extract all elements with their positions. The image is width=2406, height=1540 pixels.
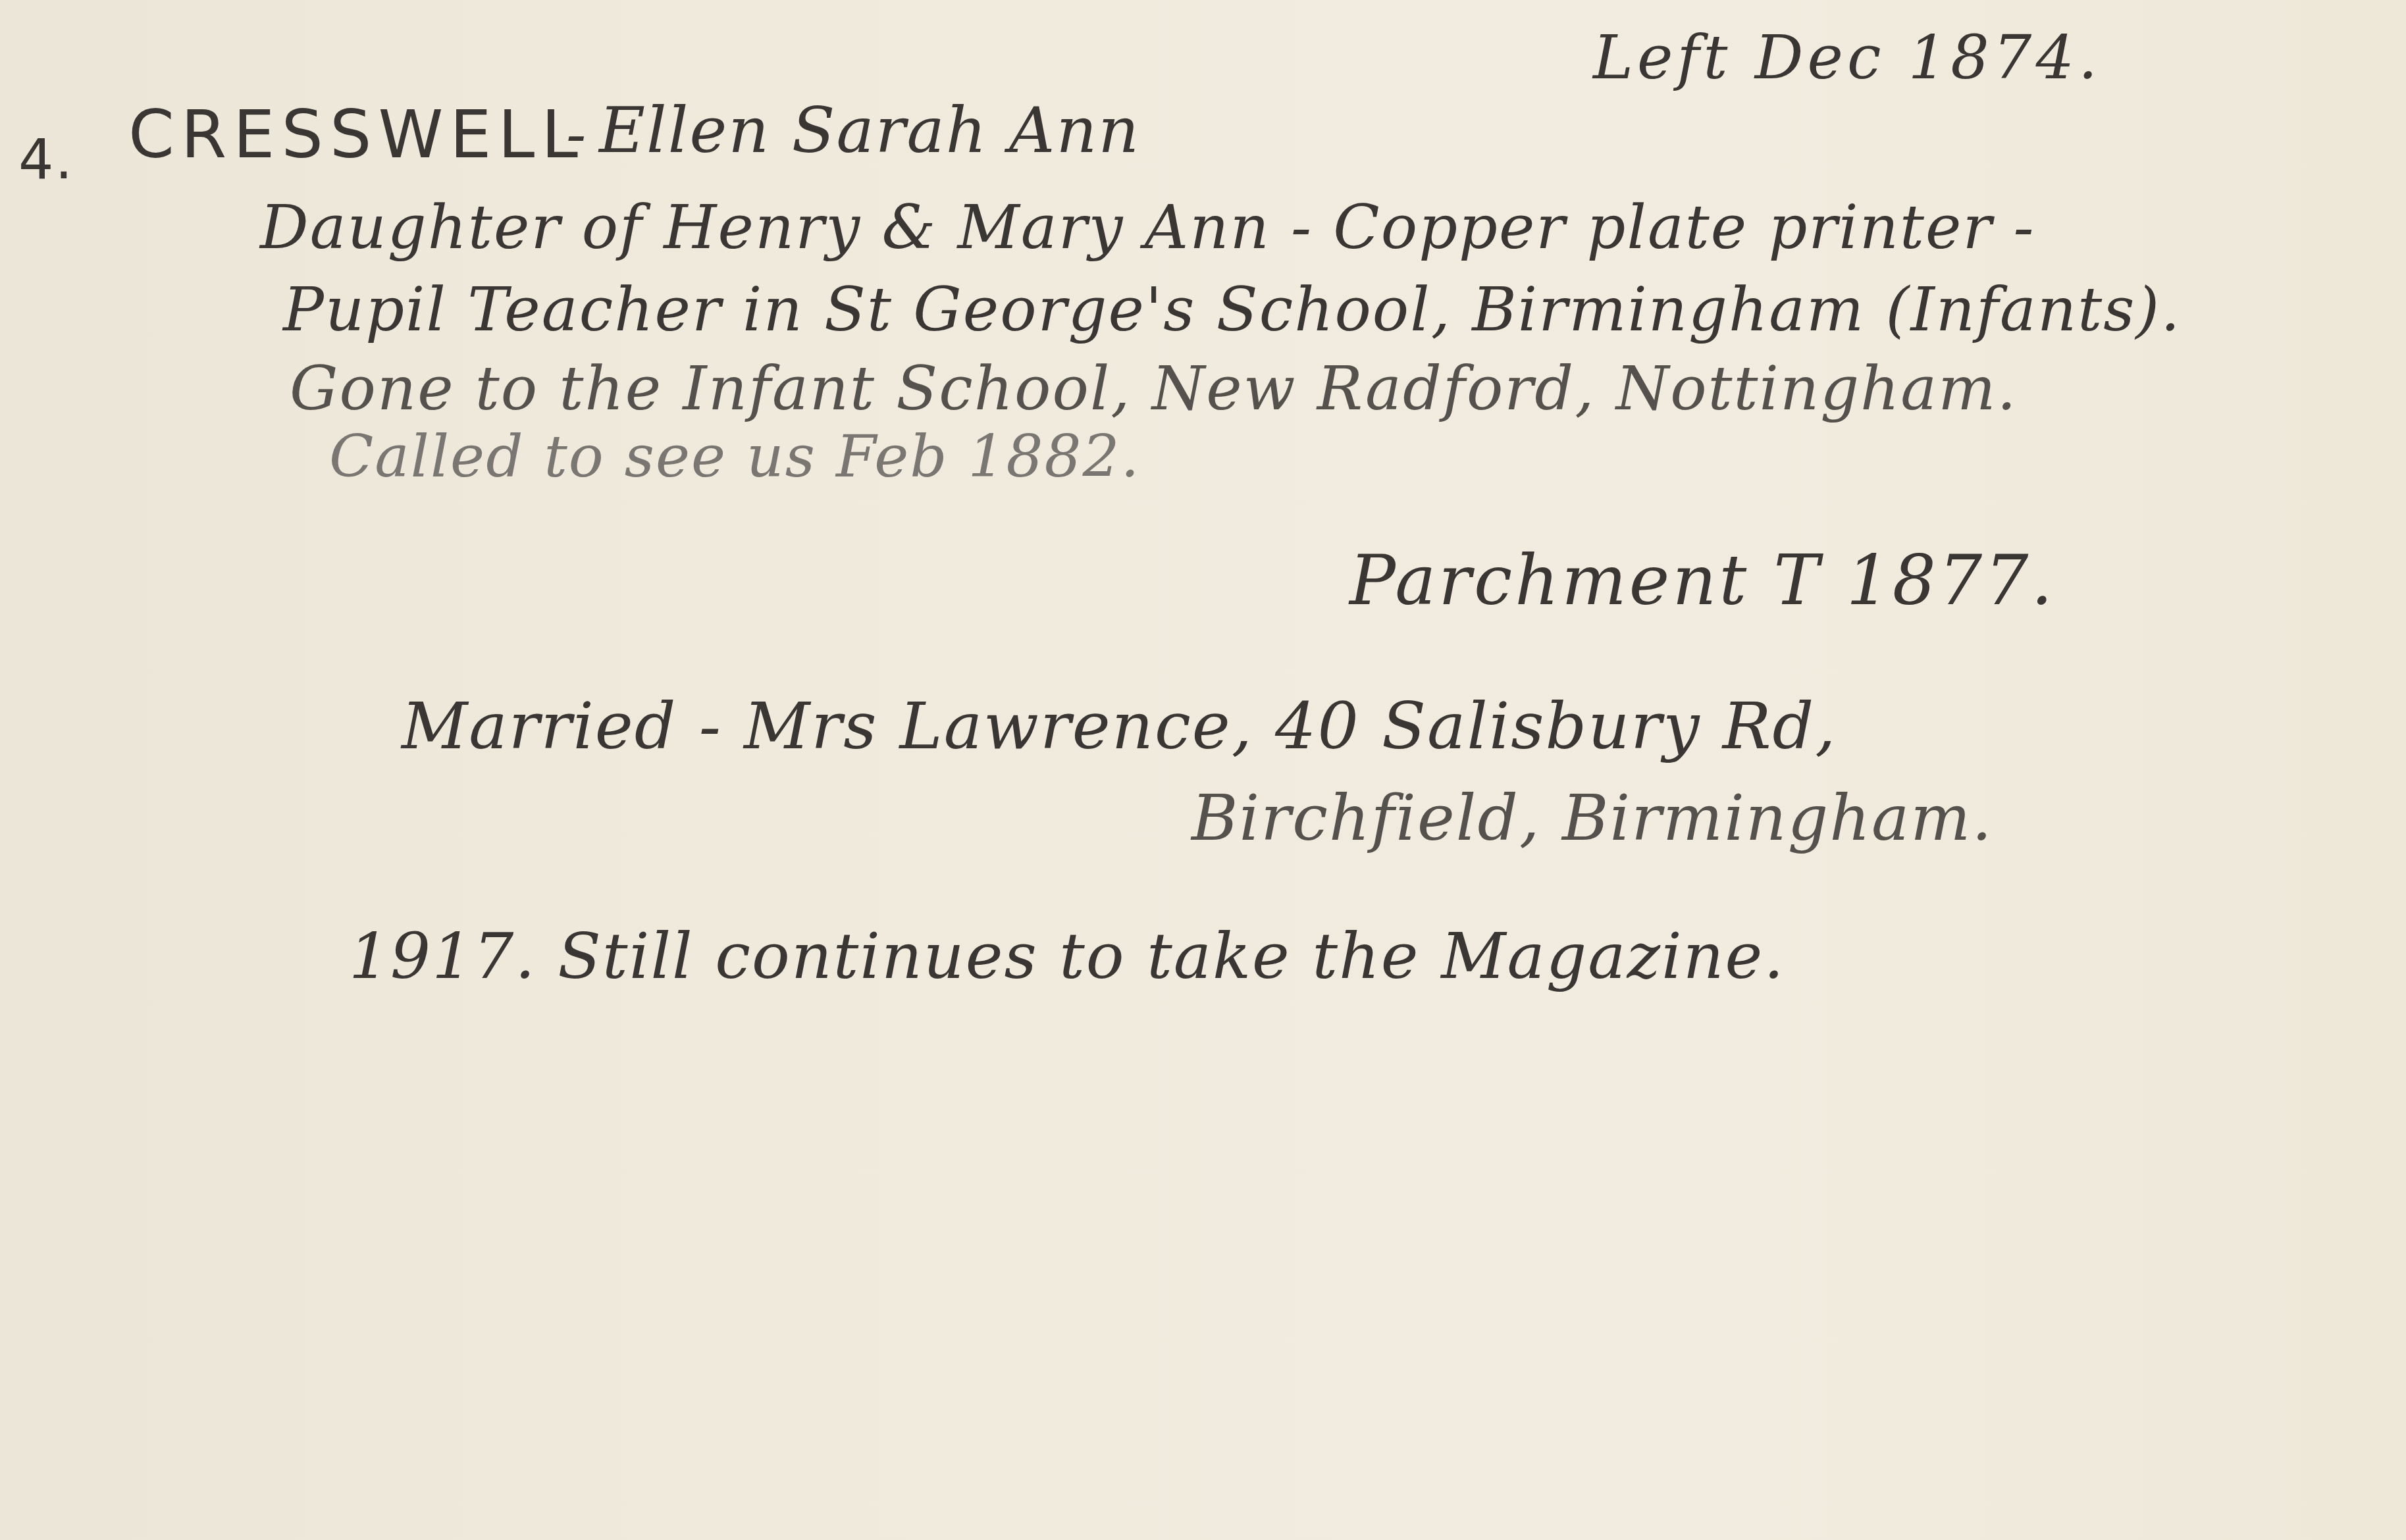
infant-school-line: Gone to the Infant School, New Radford, … <box>290 359 2018 419</box>
left-date-note: Left Dec 1874. <box>1593 28 2101 88</box>
name-separator: - <box>566 105 587 165</box>
parchment-note: Parchment T 1877. <box>1349 546 2055 615</box>
magazine-note-1917: 1917. Still continues to take the Magazi… <box>349 925 1785 988</box>
entry-given-names: Ellen Sarah Ann <box>599 99 1140 162</box>
parentage-line: Daughter of Henry & Mary Ann - Copper pl… <box>260 197 2035 258</box>
married-address-line-2: Birchfield, Birmingham. <box>1191 786 1993 850</box>
entry-surname: CRESSWELL <box>128 102 585 168</box>
married-address-line: Married - Mrs Lawrence, 40 Salisbury Rd, <box>402 694 1837 759</box>
register-page: Left Dec 1874. 4. CRESSWELL - Ellen Sara… <box>0 0 2406 1540</box>
called-visit-line: Called to see us Feb 1882. <box>329 428 1140 486</box>
entry-number: 4. <box>18 132 74 187</box>
pupil-teacher-line: Pupil Teacher in St George's School, Bir… <box>283 280 2182 340</box>
